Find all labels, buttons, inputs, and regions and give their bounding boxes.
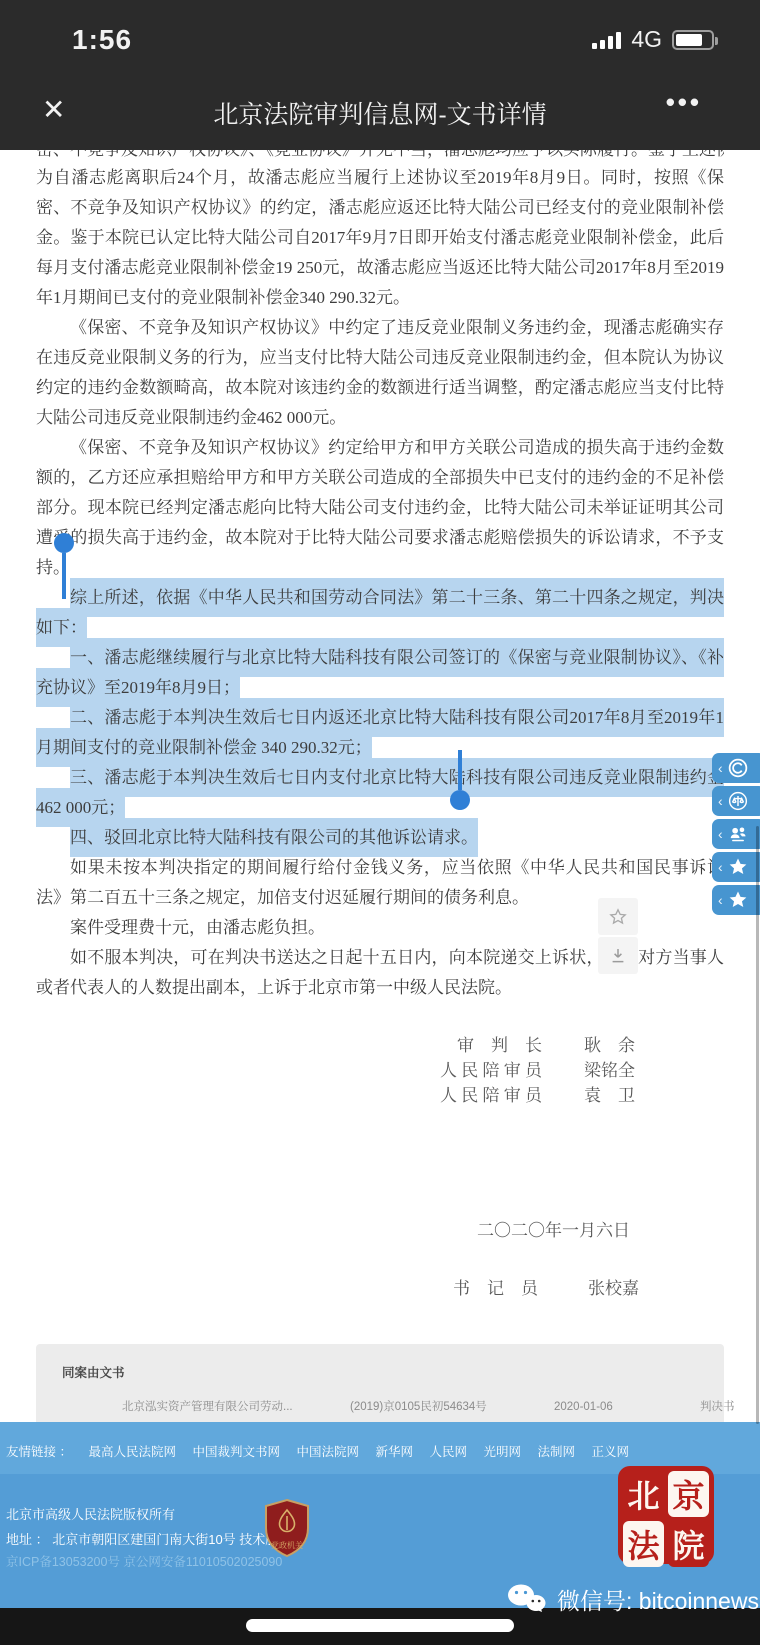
star-icon xyxy=(727,856,749,878)
friendly-links-row: 友情链接 ： 最高人民法院网 中国裁判文书网 中国法院网 新华网 人民网 光明网… xyxy=(6,1442,642,1460)
phone-screen: 1:56 4G ✕ 北京法院审判信息网-文书详情 ••• 密、不竞争及知识产权协… xyxy=(0,0,760,1645)
judgment-paragraph: 为自潘志彪离职后24个月，故潘志彪应当履行上述协议至2019年8月9日。同时，按… xyxy=(36,163,724,313)
table-row[interactable]: 北京泓实资产管理有限公司劳动...(2019)京0105民初54634号2020… xyxy=(122,1396,698,1418)
download-icon xyxy=(608,946,628,966)
chevron-left-icon: ‹ xyxy=(718,794,723,808)
wechat-id-label: 微信号: bitcoinnews xyxy=(557,1583,759,1616)
footer-link[interactable]: 人民网 xyxy=(429,1445,467,1459)
page-title: 北京法院审判信息网-文书详情 xyxy=(0,95,760,131)
favorite-button[interactable]: ‹ xyxy=(712,885,760,915)
floating-action-buttons: ‹ ‹ ‹ ‹ ‹ xyxy=(712,753,760,915)
selected-paragraph: 四、驳回北京比特大陆科技有限公司的其他诉讼请求。 xyxy=(36,823,724,853)
judgment-paragraph: 《保密、不竞争及知识产权协议》约定给甲方和甲方关联公司造成的损失高于违约金数额的… xyxy=(36,433,724,583)
home-indicator[interactable] xyxy=(246,1619,514,1632)
svg-text:党政机关: 党政机关 xyxy=(271,1540,303,1550)
court-badge-icon xyxy=(727,790,749,812)
battery-icon xyxy=(672,30,714,50)
status-icons: 4G xyxy=(592,26,714,53)
wechat-icon xyxy=(505,1582,547,1616)
copyright-line: 北京市高级人民法院版权所有 xyxy=(6,1502,291,1527)
download-button[interactable] xyxy=(598,937,638,974)
selected-paragraph: 综上所述，依据《中华人民共和国劳动合同法》第二十三条、第二十四条之规定，判决如下… xyxy=(36,583,724,643)
network-type-label: 4G xyxy=(631,26,662,53)
contact-service-button[interactable]: ‹ xyxy=(712,819,760,849)
selected-paragraph: 一、潘志彪继续履行与北京比特大陆科技有限公司签订的《保密与竞业限制协议》、《补充… xyxy=(36,643,724,703)
footer-link[interactable]: 中国裁判文书网 xyxy=(192,1445,280,1459)
footer-link[interactable]: 中国法院网 xyxy=(296,1445,359,1459)
signal-strength-icon xyxy=(592,31,621,49)
more-menu-icon[interactable]: ••• xyxy=(666,87,702,118)
address-line: 地址 ： 北京市朝阳区建国门南大街10号 技术服务 xyxy=(6,1527,291,1552)
beijing-court-seal: 北 京 法 院 xyxy=(618,1466,714,1564)
star-outline-icon xyxy=(608,907,628,927)
star-icon xyxy=(727,889,749,911)
reading-tools-widget xyxy=(598,898,638,974)
court-emblem-button[interactable]: ‹ xyxy=(712,753,760,783)
footer-link[interactable]: 法制网 xyxy=(537,1445,575,1459)
chevron-left-icon: ‹ xyxy=(718,761,723,775)
clipped-text-line: 密、不竞争及知识产权协议》、《竞业协议》并无不当，潘志彪均应予以实际履行。鉴于上… xyxy=(36,150,724,163)
copyright-block: 北京市高级人民法院版权所有 地址 ： 北京市朝阳区建国门南大街10号 技术服务 xyxy=(6,1502,291,1552)
judgment-paragraph: 《保密、不竞争及知识产权协议》中约定了违反竞业限制义务违约金，现潘志彪确实存在违… xyxy=(36,313,724,433)
selection-end-handle[interactable] xyxy=(450,750,470,810)
icp-line: 京ICP备13053200号 京公网安备11010502025090 xyxy=(6,1552,282,1570)
selection-start-dot[interactable] xyxy=(54,533,74,553)
browser-nav-bar: ✕ 北京法院审判信息网-文书详情 ••• xyxy=(0,75,760,150)
wechat-account-strip: 微信号: bitcoinnews xyxy=(505,1582,759,1616)
scrollbar-thumb[interactable] xyxy=(756,826,759,1424)
judgment-date: 二〇二〇年一月六日 xyxy=(36,1216,724,1246)
government-badge-icon: 党政机关 xyxy=(262,1498,312,1558)
juror-row: 人 民 陪 审 员袁 卫 xyxy=(36,1083,724,1108)
related-docs-title: 同案由文书 xyxy=(62,1358,698,1388)
status-bar: 1:56 4G xyxy=(0,0,760,75)
judge-row: 审 判 长耿 余 xyxy=(36,1033,724,1058)
chevron-left-icon: ‹ xyxy=(718,827,723,841)
favorite-star-button[interactable] xyxy=(598,898,638,935)
juror-row: 人 民 陪 审 员梁铭全 xyxy=(36,1058,724,1083)
judgment-document: 密、不竞争及知识产权协议》、《竞业协议》并无不当，潘志彪均应予以实际履行。鉴于上… xyxy=(0,150,760,1422)
signature-block: 审 判 长耿 余 人 民 陪 审 员梁铭全 人 民 陪 审 员袁 卫 xyxy=(36,1033,724,1108)
selection-end-dot[interactable] xyxy=(450,790,470,810)
court-emblem-icon xyxy=(727,757,749,779)
chevron-left-icon: ‹ xyxy=(718,893,723,907)
footer-link[interactable]: 光明网 xyxy=(483,1445,521,1459)
top-bars: 1:56 4G ✕ 北京法院审判信息网-文书详情 ••• xyxy=(0,0,760,150)
contact-people-icon xyxy=(727,823,749,845)
clerk-row: 书 记 员张校嘉 xyxy=(36,1274,724,1304)
links-label: 友情链接 ： xyxy=(6,1445,72,1459)
site-footer: 友情链接 ： 最高人民法院网 中国裁判文书网 中国法院网 新华网 人民网 光明网… xyxy=(0,1422,760,1608)
footer-link[interactable]: 正义网 xyxy=(591,1445,629,1459)
footer-link[interactable]: 新华网 xyxy=(375,1445,413,1459)
selected-paragraph: 二、潘志彪于本判决生效后七日内返还北京比特大陆科技有限公司2017年8月至201… xyxy=(36,703,724,763)
favorite-button[interactable]: ‹ xyxy=(712,852,760,882)
selected-paragraph: 三、潘志彪于本判决生效后七日内支付北京比特大陆科技有限公司违反竞业限制违约金46… xyxy=(36,763,724,823)
chevron-left-icon: ‹ xyxy=(718,860,723,874)
footer-link[interactable]: 最高人民法院网 xyxy=(88,1445,176,1459)
clock: 1:56 xyxy=(72,24,132,56)
selection-start-handle[interactable] xyxy=(54,533,74,599)
court-badge-button[interactable]: ‹ xyxy=(712,786,760,816)
